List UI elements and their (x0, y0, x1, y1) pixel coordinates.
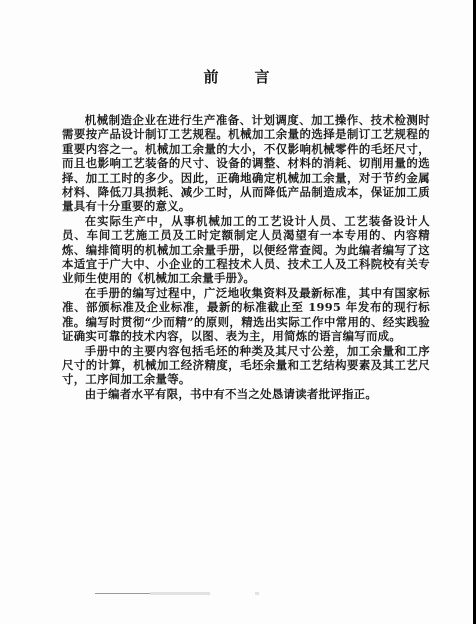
page-title: 前言 (0, 66, 473, 87)
paragraph-5: 由于编者水平有限，书中有不当之处恳请读者批评指正。 (62, 387, 430, 401)
footer-scan-artifact (150, 592, 210, 595)
paragraph-4: 手册中的主要内容包括毛坯的种类及其尺寸公差，加工余量和工序尺寸的计算，机械加工经… (62, 344, 430, 387)
scanned-page: 前言 机械制造企业在进行生产准备、计划调度、加工操作、技术检测时需要按产品设计制… (0, 0, 473, 624)
paragraph-1: 机械制造企业在进行生产准备、计划调度、加工操作、技术检测时需要按产品设计制订工艺… (62, 113, 430, 214)
title-char-1: 前 (203, 66, 218, 87)
paragraph-3: 在手册的编写过程中，广泛地收集资料及最新标准，其中有国家标准、部颁标准及企业标准… (62, 286, 430, 344)
title-char-2: 言 (255, 66, 270, 87)
preface-body: 机械制造企业在进行生产准备、计划调度、加工操作、技术检测时需要按产品设计制订工艺… (62, 113, 430, 401)
paragraph-2: 在实际生产中，从事机械加工的工艺设计人员、工艺装备设计人员、车间工艺施工员及工时… (62, 214, 430, 286)
footer-scan-artifact (255, 592, 259, 595)
